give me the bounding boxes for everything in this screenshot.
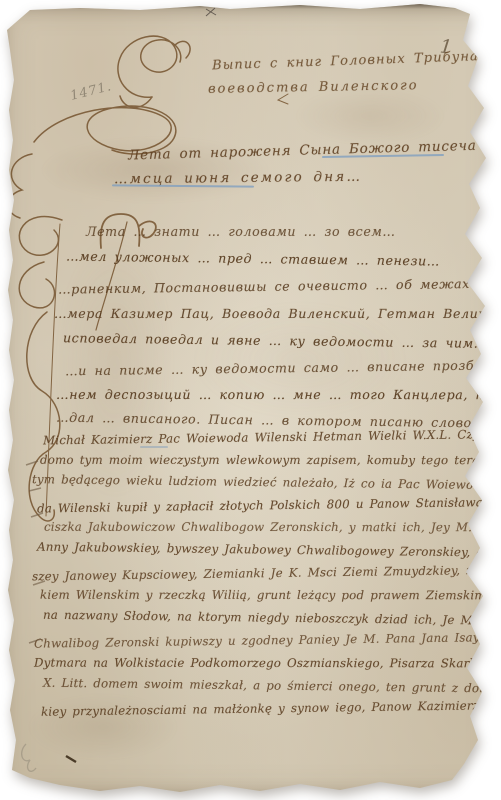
x-mark	[206, 8, 216, 16]
flourish-left-e	[8, 154, 32, 218]
flourish-margin-loop	[19, 217, 62, 256]
flourish-margin-loop	[19, 262, 54, 308]
manuscript-line: ciszka Jakubowiczow Chwalibogow Zeronski…	[44, 520, 501, 535]
manuscript-page: 1471. 1 Выпис с книг Головных Трибунальн…	[0, 0, 501, 800]
margin-dash	[29, 488, 41, 491]
manuscript-line: …мера Казимер Пац, Воевода Виленский, Ге…	[54, 306, 501, 321]
ink-dash	[66, 756, 76, 762]
manuscript-line: Dytmara na Wolkistacie Podkomorzego Oszm…	[34, 656, 501, 671]
scan-background: 1471. 1 Выпис с книг Головных Трибунальн…	[0, 0, 501, 800]
manuscript-line: domo tym moim wieczystym wlewkowym zapis…	[40, 452, 501, 466]
manuscript-line: kiem Wilenskim y rzeczką Wiliią, grunt l…	[40, 588, 501, 603]
paper-shadow-wrap: 1471. 1 Выпис с книг Головных Трибунальн…	[0, 0, 501, 800]
manuscript-line: …нем деспозыций … копию … мне … того Кан…	[56, 387, 501, 402]
blue-pencil-underline-pac	[140, 446, 168, 448]
pencil-squiggle	[22, 744, 36, 771]
flourish-top-cypher	[118, 36, 181, 97]
manuscript-line: Лета … знати … головами … зо всем…	[86, 224, 396, 239]
